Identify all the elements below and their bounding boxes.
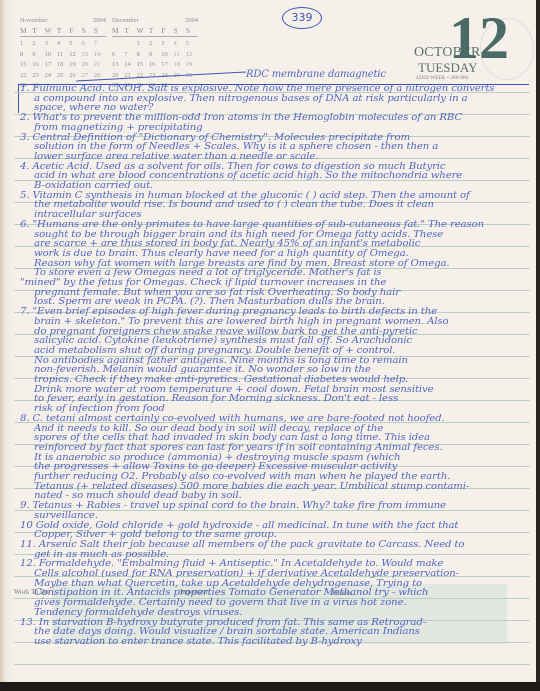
weekday-label: S — [94, 26, 106, 35]
note-line: intracellular surfaces — [34, 209, 534, 219]
weekday-label: W — [137, 26, 149, 35]
calendar-day: 19 — [186, 61, 198, 68]
weekday-label: F — [69, 26, 81, 35]
note-line: 2. What's to prevent the million-odd Iro… — [20, 112, 520, 122]
calendar-day: 3 — [161, 40, 173, 47]
calendar-day: 19 — [69, 61, 81, 68]
ruled-line — [14, 664, 530, 665]
calendar-weekdays: MTWTFSS — [20, 26, 106, 37]
note-line: reinforced by fact that spores can last … — [34, 442, 534, 452]
note-line: "mined" by the fetus for Omegas. Check i… — [20, 277, 520, 287]
note-line: use starvation to enter trance state. Th… — [34, 636, 534, 646]
calendar-day: 26 — [69, 72, 81, 79]
note-line: 11. Arsenic Salt their job because all m… — [20, 539, 520, 549]
calendar-day: 7 — [94, 40, 106, 47]
calendar-weekdays: MTWTFSS — [112, 26, 198, 37]
week-note: 42ND WEEK • 286-080 — [416, 76, 469, 81]
note-line: tropics. Check if they make anti-pyretic… — [34, 374, 534, 384]
note-line: work is due to brain. Thus clearly have … — [34, 248, 534, 258]
weekday-label: M — [20, 26, 32, 35]
calendar-day: 2 — [149, 40, 161, 47]
calendar-year: 2004 — [93, 17, 106, 24]
note-line: acid metabolism shut off during pregnanc… — [34, 345, 534, 355]
note-line: further reducing O2. Probably also co-ev… — [34, 471, 534, 481]
calendar-day: 20 — [81, 61, 93, 68]
date-day: 12 — [449, 8, 509, 68]
calendar-day: 16 — [32, 61, 44, 68]
calendar-day: 14 — [94, 51, 106, 58]
calendar-day: 1 — [20, 40, 32, 47]
calendar-year: 2004 — [185, 17, 198, 24]
weekday-label: T — [57, 26, 69, 35]
calendar-day: 15 — [137, 61, 149, 68]
note-line: gives formaldehyde. Certainly need to go… — [34, 597, 534, 607]
calendar-day: 12 — [186, 51, 198, 58]
calendar-day — [124, 40, 136, 47]
weekday-label: S — [173, 26, 185, 35]
calendar-day: 4 — [57, 40, 69, 47]
date-block: OCTOBER TUESDAY 42ND WEEK • 286-080 12 — [392, 18, 532, 88]
note-line: surveillance. — [34, 510, 534, 520]
calendar-day: 18 — [57, 61, 69, 68]
note-line: 7. "Even brief episodes of high fever du… — [20, 306, 520, 316]
calendar-day: 5 — [69, 40, 81, 47]
weekday-label: T — [149, 26, 161, 35]
weekday-label: S — [186, 26, 198, 35]
calendar-day: 7 — [124, 51, 136, 58]
weekday-label: W — [45, 26, 57, 35]
calendar-day: 3 — [45, 40, 57, 47]
calendar-day: 21 — [94, 61, 106, 68]
binding-edge — [0, 0, 6, 682]
calendar-day: 14 — [124, 61, 136, 68]
note-line: lower surface area relative water than a… — [34, 151, 534, 161]
calendar-day: 22 — [20, 72, 32, 79]
weekday-label: T — [32, 26, 44, 35]
note-line: Tendency formaldehyde destroys viruses. — [34, 607, 534, 617]
calendar-day: 17 — [161, 61, 173, 68]
calendar-day — [112, 40, 124, 47]
note-line: Cells alcohol (used for RNA preservation… — [34, 568, 534, 578]
calendar-day: 4 — [173, 40, 185, 47]
calendar-month: November — [20, 17, 47, 24]
calendar-day: 8 — [137, 51, 149, 58]
calendar-month: December — [112, 17, 139, 24]
header-note: RDC membrane damagnetic — [246, 69, 386, 80]
calendar-days: 1234567891011121314151617181920212223242… — [112, 40, 198, 89]
note-line: 8. C. tetani almost certainly co-evolved… — [20, 413, 520, 423]
weekday-label: M — [112, 26, 124, 35]
calendar-day: 28 — [94, 72, 106, 79]
calendar-day: 1 — [137, 40, 149, 47]
calendar-day: 10 — [45, 51, 57, 58]
calendar-day: 13 — [112, 61, 124, 68]
calendar-day: 6 — [112, 51, 124, 58]
calendar-november: November2004 MTWTFSS 1234567891011121314… — [20, 17, 106, 89]
note-line: brain + skeleton." To prevent this are l… — [34, 316, 534, 326]
calendar-day: 9 — [149, 51, 161, 58]
calendar-day: 23 — [32, 72, 44, 79]
weekday-label: F — [161, 26, 173, 35]
weekday-label: S — [81, 26, 93, 35]
calendar-day: 12 — [69, 51, 81, 58]
calendar-day: 13 — [81, 51, 93, 58]
calendar-day: 8 — [20, 51, 32, 58]
calendar-day: 24 — [45, 72, 57, 79]
note-line: risk of infection from food — [34, 403, 534, 413]
notebook-page: November2004 MTWTFSS 1234567891011121314… — [0, 0, 536, 682]
note-line: 9. Tetanus + Rabies - travel up spinal c… — [20, 500, 520, 510]
note-line: from magnetizing + precipitating — [34, 122, 534, 132]
calendar-day: 6 — [81, 40, 93, 47]
calendar-day: 15 — [20, 61, 32, 68]
calendar-day: 27 — [81, 72, 93, 79]
calendar-day: 9 — [32, 51, 44, 58]
calendar-day: 2 — [32, 40, 44, 47]
calendar-day: 25 — [57, 72, 69, 79]
note-line: B-oxidation carried out. — [34, 180, 534, 190]
calendar-day: 17 — [45, 61, 57, 68]
calendar-day: 11 — [57, 51, 69, 58]
calendar-days: 1234567891011121314151617181920212223242… — [20, 40, 106, 89]
calendar-day: 18 — [173, 61, 185, 68]
page-number: 339 — [282, 7, 322, 29]
calendar-day: 11 — [173, 51, 185, 58]
calendar-day: 16 — [149, 61, 161, 68]
note-line: 1. Fulminic Acid. CNOH. Salt is explosiv… — [20, 83, 520, 93]
calendar-day: 10 — [161, 51, 173, 58]
calendar-day: 5 — [186, 40, 198, 47]
background-edge — [0, 682, 540, 691]
weekday-label: T — [124, 26, 136, 35]
note-line: 6. "Humans are the only primates to have… — [20, 219, 520, 229]
